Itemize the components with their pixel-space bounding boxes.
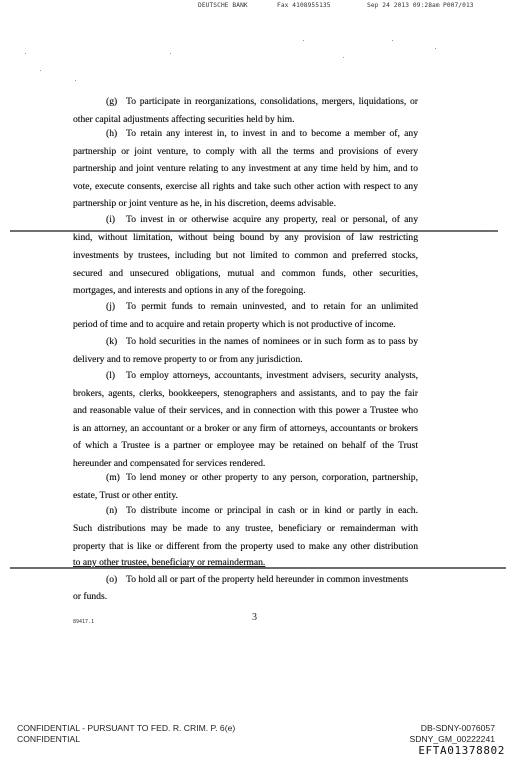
paragraph-label: (k) [106,336,117,348]
paragraph-label: (h) [106,128,117,140]
paragraph-j-line: period of time and to acquire and retain… [73,319,396,331]
paragraph-l-line: of which a Trustee is a partner or emplo… [73,440,418,452]
paragraph-label: (j) [106,301,115,313]
paragraph-n-first-line: (n) To distribute income or principal in… [126,505,418,517]
paragraph-i-line: kind, without limitation, without being … [73,232,418,244]
paragraph-n-line: Such distributions may be made to any tr… [73,523,418,535]
fax-page: P007/013 [443,2,474,9]
paragraph-m-first-line: (m) To lend money or other property to a… [126,472,418,484]
scan-speck [392,40,393,41]
bates-numbers: DB-SDNY-0076057 SDNY_GM_00222241 [409,723,495,744]
paragraph-g-line: other capital adjustments affecting secu… [73,114,294,126]
scan-speck [25,53,26,54]
paragraph-h-line: partnership or joint venture, to comply … [73,146,418,158]
paragraph-l-line: is an attorney, an accountant or a broke… [73,423,418,435]
paragraph-i-line: mortgages, and interests and options in … [73,285,306,297]
paragraph-k-first-line: (k) To hold securities in the names of n… [126,336,418,348]
fax-number: Fax 4108955135 [277,2,331,9]
paragraph-j-first-line: (j) To permit funds to remain uninvested… [126,301,418,313]
scan-speck [303,40,304,41]
fax-header: DEUTSCHE BANK Fax 4108955135 Sep 24 2013… [0,0,512,12]
page-number: 3 [252,612,257,623]
fax-sender: DEUTSCHE BANK [198,2,248,9]
paragraph-label: (g) [106,96,117,108]
confidentiality-line-2: CONFIDENTIAL [17,734,235,745]
paragraph-l-line: and reasonable value of their services, … [73,405,418,417]
paragraph-o-first-line: (o) To hold all or part of the property … [126,574,418,586]
paragraph-o-line: or funds. [73,591,107,603]
paragraph-label: (i) [106,214,115,226]
scan-speck [343,57,344,58]
scan-speck [170,53,171,54]
paragraph-i-line: investments by trustees, including but n… [73,250,418,262]
paragraph-l-line: brokers, agents, clerks, bookkeepers, st… [73,388,418,400]
paragraph-label: (m) [106,472,120,484]
paragraph-label: (n) [106,505,117,517]
paragraph-l-first-line: (l) To employ attorneys, accountants, in… [126,370,418,382]
fax-datetime: Sep 24 2013 09:28am [367,2,440,9]
paragraph-h-line: partnership and joint venture relating t… [73,163,418,175]
confidentiality-line-1: CONFIDENTIAL - PURSUANT TO FED. R. CRIM.… [17,723,235,734]
paragraph-h-first-line: (h) To retain any interest in, to invest… [126,128,418,140]
bates-sdny-gm: SDNY_GM_00222241 [409,734,495,745]
scan-line-artifact [10,567,506,569]
paragraph-i-first-line: (i) To invest in or otherwise acquire an… [126,214,418,226]
paragraph-g-first-line: (g) To participate in reorganizations, c… [126,96,418,108]
scan-speck [435,48,436,49]
paragraph-h-line: partnership or joint venture as he, in h… [73,198,336,210]
paragraph-l-line: hereunder and compensated for services r… [73,458,265,470]
paragraph-n-line: property that is like or different from … [73,541,418,553]
paragraph-h-line: vote, execute consents, exercise all rig… [73,181,418,193]
paragraph-m-line: estate, Trust or other entity. [73,490,178,502]
paragraph-i-line: secured and unsecured obligations, mutua… [73,268,418,280]
scan-speck [40,70,41,71]
efta-number: EFTA01378802 [418,744,505,757]
paragraph-label: (l) [106,370,115,382]
paragraph-label: (o) [106,574,117,586]
scan-speck [75,80,76,81]
bates-db-sdny: DB-SDNY-0076057 [409,723,495,734]
confidentiality-notice: CONFIDENTIAL - PURSUANT TO FED. R. CRIM.… [17,723,235,744]
paragraph-k-line: delivery and to remove property to or fr… [73,354,303,366]
document-number: 89417.1 [73,619,94,625]
